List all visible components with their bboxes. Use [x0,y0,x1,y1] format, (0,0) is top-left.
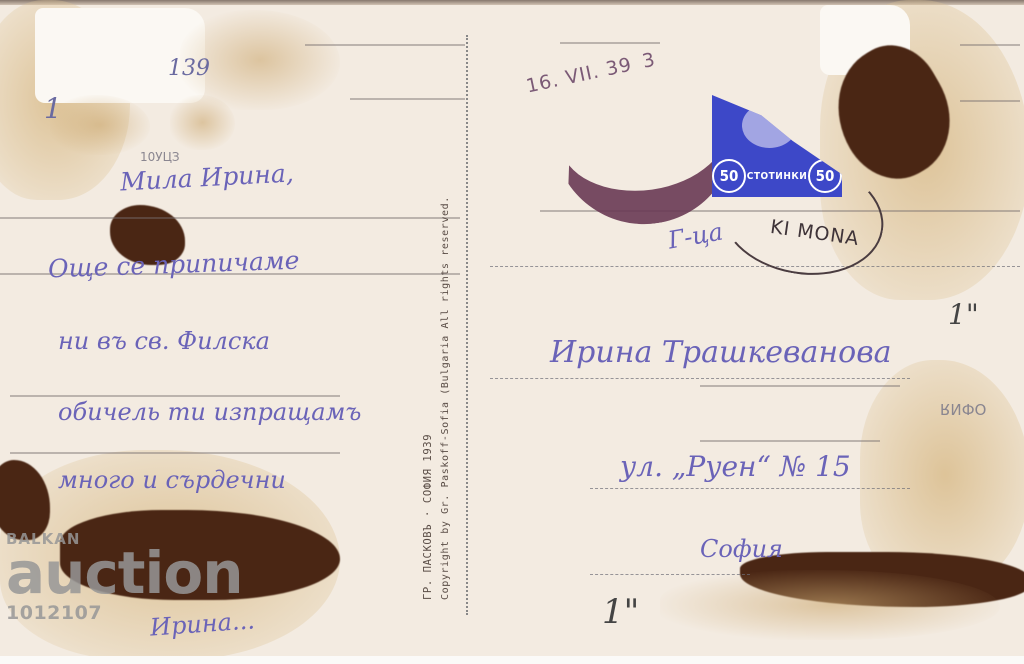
stain [660,570,1000,640]
message-line: много и сърдечни [58,466,286,494]
message-line: Мила Ирина, [119,158,294,196]
address-street: ул. „Руен“ № 15 [620,450,851,483]
copyright-line: Copyright by Gr. Paskoff-Sofia (Bulgaria… [440,196,451,600]
ruled-line [560,42,660,44]
address-line [490,266,1020,267]
rust-stain [0,460,50,540]
address-city: София [700,535,783,563]
address-line [590,488,910,489]
card-bottom-edge [0,656,1024,664]
address-name: Ирина Трашкеванова [550,335,892,370]
pencil-number: 139 [168,56,210,81]
ruled-line [10,452,340,454]
publisher-line: ГР. ПАСКОВЪ · СОФИЯ 1939 [422,434,434,600]
lion-icon [742,103,797,148]
ruled-line [10,395,340,397]
stain [50,95,150,155]
ruled-line [960,44,1020,46]
pencil-mark: 1 [44,92,62,125]
message-line: ни въ св. Филска [58,327,270,355]
faint-postmark: ОФИЯ [940,400,986,418]
ruled-line [305,44,465,46]
ruled-line [0,217,460,219]
pencil-mark: 1" [602,592,639,632]
watermark-brand: auction [6,548,243,598]
postcard: ГР. ПАСКОВЪ · СОФИЯ 1939 Copyright by Gr… [0,0,1024,664]
address-salutation: Г-ца [666,217,725,254]
auction-watermark: BALKAN auction 1012107 [6,530,243,624]
message-line: обичель ти изпращамъ [58,398,361,426]
ruled-line [700,385,900,387]
address-line [490,378,910,379]
faint-postmark: 10УЦЗ [140,150,180,164]
stain [170,95,235,150]
ruled-line [960,100,1020,102]
ruled-line [700,440,880,442]
message-line: Още се припичаме [48,246,300,284]
address-line [590,574,750,575]
pencil-mark: 1" [948,298,979,331]
center-divider [466,35,468,615]
ruled-line [350,98,465,100]
